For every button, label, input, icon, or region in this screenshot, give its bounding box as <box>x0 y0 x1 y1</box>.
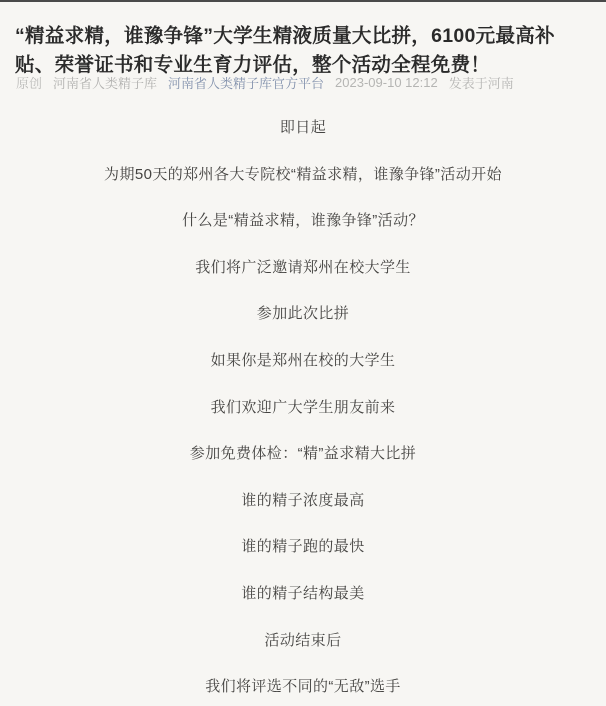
article-title: “精益求精，谁豫争锋”大学生精液质量大比拼，6100元最高补贴、荣誉证书和专业生… <box>15 22 593 80</box>
article-page: “精益求精，谁豫争锋”大学生精液质量大比拼，6100元最高补贴、荣誉证书和专业生… <box>0 0 606 706</box>
publish-timestamp: 2023-09-10 12:12 <box>335 75 438 90</box>
paragraph: 参加免费体检：“精”益求精大比拼 <box>0 431 606 478</box>
official-account-link[interactable]: 河南省人类精子库官方平台 <box>168 73 324 92</box>
paragraph: 谁的精子跑的最快 <box>0 524 606 571</box>
article-meta: 原创 河南省人类精子库 河南省人类精子库官方平台 2023-09-10 12:1… <box>16 73 596 92</box>
paragraph: 谁的精子结构最美 <box>0 571 606 618</box>
paragraph: 活动结束后 <box>0 618 606 665</box>
paragraph: 谁的精子浓度最高 <box>0 478 606 525</box>
paragraph: 我们欢迎广大学生朋友前来 <box>0 385 606 432</box>
paragraph: 什么是“精益求精，谁豫争锋”活动？ <box>0 198 606 245</box>
original-tag: 原创 <box>16 73 42 92</box>
paragraph: 即日起 <box>0 105 606 152</box>
paragraph: 如果你是郑州在校的大学生 <box>0 338 606 385</box>
article-body: 即日起 为期50天的郑州各大专院校“精益求精，谁豫争锋”活动开始 什么是“精益求… <box>0 105 606 706</box>
paragraph: 为期50天的郑州各大专院校“精益求精，谁豫争锋”活动开始 <box>0 152 606 199</box>
publish-location: 发表于河南 <box>449 73 514 92</box>
paragraph: 我们将广泛邀请郑州在校大学生 <box>0 245 606 292</box>
paragraph: 参加此次比拼 <box>0 291 606 338</box>
paragraph: 我们将评选不同的“无敌”选手 <box>0 664 606 706</box>
author-name[interactable]: 河南省人类精子库 <box>53 73 157 92</box>
